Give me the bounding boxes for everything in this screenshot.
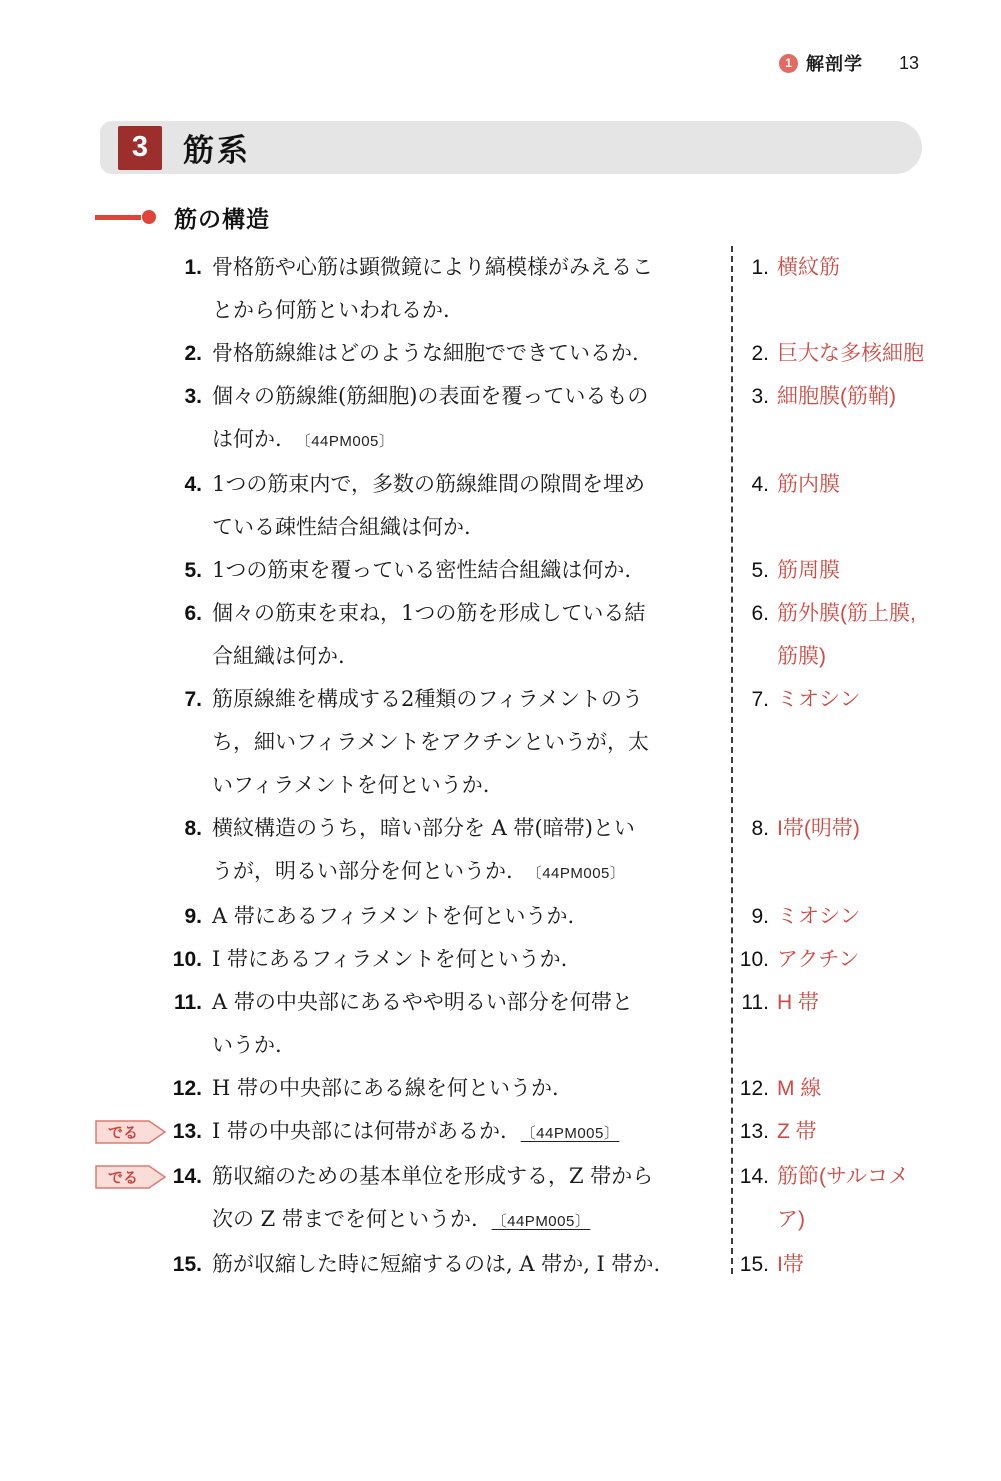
heading-rule-icon [95, 215, 141, 220]
question-number: 4. [0, 463, 202, 506]
answer-text: 筋内膜 [777, 463, 1001, 506]
question-number: 10. [0, 938, 202, 981]
question-body: I 帯の中央部には何帯があるか.〔44PM005〕 [212, 1110, 729, 1155]
answer-text: I帯(明帯) [777, 807, 1001, 850]
qa-row: 15. 筋が収縮した時に短縮するのは, A 帯か, I 帯か. 15. I帯 [0, 1243, 1001, 1286]
exam-code: 〔44PM005〕 [296, 433, 395, 450]
exam-code: 〔44PM005〕 [527, 865, 626, 882]
qa-row: 6. 個々の筋束を束ね，1つの筋を形成している結 合組織は何か. 6. 筋外膜(… [0, 592, 1001, 678]
answer-text: H 帯 [777, 981, 1001, 1024]
qa-row: 9. A 帯にあるフィラメントを何というか. 9. ミオシン [0, 895, 1001, 938]
deru-badge: でる [94, 1163, 168, 1191]
question-body: A 帯の中央部にあるやや明るい部分を何帯と いうか. [212, 981, 729, 1067]
question-text: A 帯にあるフィラメントを何というか. [212, 904, 574, 928]
subsection-heading: 筋の構造 [95, 203, 270, 231]
answer-number: 10. [737, 938, 769, 981]
answer-number: 3. [737, 375, 769, 418]
answer-text: ミオシン [777, 678, 1001, 721]
question-number: 15. [0, 1243, 202, 1286]
qa-row: 5. 1つの筋束を覆っている密性結合組織は何か. 5. 筋周膜 [0, 549, 1001, 592]
answer-text: Z 帯 [777, 1110, 1001, 1153]
question-body: 骨格筋や心筋は顕微鏡により縞模様がみえるこ とから何筋といわれるか. [212, 246, 729, 332]
question-body: 個々の筋線維(筋細胞)の表面を覆っているもの は何か.〔44PM005〕 [212, 375, 729, 463]
question-number: 9. [0, 895, 202, 938]
qa-row: 2. 骨格筋線維はどのような細胞でできているか. 2. 巨大な多核細胞 [0, 332, 1001, 375]
question-body: 個々の筋束を束ね，1つの筋を形成している結 合組織は何か. [212, 592, 729, 678]
answer-number: 1. [737, 246, 769, 289]
question-text: 筋原線維を構成する2種類のフィラメントのう ち，細いフィラメントをアクチンという… [212, 687, 649, 797]
answer-number: 4. [737, 463, 769, 506]
deru-badge-label: でる [108, 1170, 138, 1187]
subsection-title: 筋の構造 [174, 201, 270, 234]
question-text: I 帯の中央部には何帯があるか. [212, 1119, 507, 1143]
qa-row: 4. 1つの筋束内で，多数の筋線維間の隙間を埋め ている疎性結合組織は何か. 4… [0, 463, 1001, 549]
question-text: 個々の筋線維(筋細胞)の表面を覆っているもの は何か. [212, 384, 648, 451]
page-number: 13 [899, 53, 919, 74]
section-title: 筋系 [183, 125, 251, 170]
question-body: 筋が収縮した時に短縮するのは, A 帯か, I 帯か. [212, 1243, 729, 1286]
answer-text: 横紋筋 [777, 246, 1001, 289]
qa-row: 3. 個々の筋線維(筋細胞)の表面を覆っているもの は何か.〔44PM005〕 … [0, 375, 1001, 463]
qa-row: でる 14. 筋収縮のための基本単位を形成する，Z 帯から 次の Z 帯までを何… [0, 1155, 1001, 1243]
question-body: 骨格筋線維はどのような細胞でできているか. [212, 332, 729, 375]
question-text: H 帯の中央部にある線を何というか. [212, 1076, 559, 1100]
qa-row: 8. 横紋構造のうち，暗い部分を A 帯(暗帯)とい うが，明るい部分を何という… [0, 807, 1001, 895]
question-body: 筋収縮のための基本単位を形成する，Z 帯から 次の Z 帯までを何というか.〔4… [212, 1155, 729, 1243]
question-text: A 帯の中央部にあるやや明るい部分を何帯と いうか. [212, 990, 633, 1057]
question-text: 1つの筋束内で，多数の筋線維間の隙間を埋め ている疎性結合組織は何か. [212, 472, 645, 539]
answer-text: 筋周膜 [777, 549, 1001, 592]
answer-number: 8. [737, 807, 769, 850]
exam-code: 〔44PM005〕 [521, 1125, 620, 1142]
question-text: 筋が収縮した時に短縮するのは, A 帯か, I 帯か. [212, 1252, 660, 1276]
answer-text: M 線 [777, 1067, 1001, 1110]
question-number: 3. [0, 375, 202, 418]
question-body: A 帯にあるフィラメントを何というか. [212, 895, 729, 938]
question-number: 2. [0, 332, 202, 375]
question-number: 7. [0, 678, 202, 721]
subject-title: 解剖学 [806, 50, 863, 76]
page-header: 1 解剖学 13 [0, 50, 1001, 76]
heading-bullet-icon [142, 210, 156, 224]
question-body: 1つの筋束内で，多数の筋線維間の隙間を埋め ている疎性結合組織は何か. [212, 463, 729, 549]
question-text: 1つの筋束を覆っている密性結合組織は何か. [212, 558, 631, 582]
question-number: 5. [0, 549, 202, 592]
question-body: 横紋構造のうち，暗い部分を A 帯(暗帯)とい うが，明るい部分を何というか.〔… [212, 807, 729, 895]
deru-badge-label: でる [108, 1125, 138, 1142]
answer-number: 7. [737, 678, 769, 721]
exam-code: 〔44PM005〕 [492, 1213, 591, 1230]
question-body: H 帯の中央部にある線を何というか. [212, 1067, 729, 1110]
question-number: 6. [0, 592, 202, 635]
answer-number: 11. [737, 981, 769, 1024]
qa-row: 10. I 帯にあるフィラメントを何というか. 10. アクチン [0, 938, 1001, 981]
question-body: 筋原線維を構成する2種類のフィラメントのう ち，細いフィラメントをアクチンという… [212, 678, 729, 807]
answer-number: 14. [737, 1155, 769, 1198]
question-body: 1つの筋束を覆っている密性結合組織は何か. [212, 549, 729, 592]
subject-group: 1 解剖学 [779, 50, 863, 76]
answer-text: 筋節(サルコメ ア) [777, 1155, 1001, 1241]
deru-badge: でる [94, 1118, 168, 1146]
question-number: 8. [0, 807, 202, 850]
qa-row: 7. 筋原線維を構成する2種類のフィラメントのう ち，細いフィラメントをアクチン… [0, 678, 1001, 807]
qa-row: 11. A 帯の中央部にあるやや明るい部分を何帯と いうか. 11. H 帯 [0, 981, 1001, 1067]
answer-text: 細胞膜(筋鞘) [777, 375, 1001, 418]
answer-text: アクチン [777, 938, 1001, 981]
answer-text: ミオシン [777, 895, 1001, 938]
textbook-page: 1 解剖学 13 3 筋系 筋の構造 1. 骨格筋や心筋は顕微鏡により縞模様がみ… [0, 0, 1001, 1481]
question-body: I 帯にあるフィラメントを何というか. [212, 938, 729, 981]
section-number-square: 3 [118, 126, 162, 170]
question-text: 個々の筋束を束ね，1つの筋を形成している結 合組織は何か. [212, 601, 645, 668]
chapter-number-circle-icon: 1 [779, 54, 798, 73]
answer-text: 巨大な多核細胞 [777, 332, 1001, 375]
question-number: 1. [0, 246, 202, 289]
answer-number: 9. [737, 895, 769, 938]
question-text: 骨格筋や心筋は顕微鏡により縞模様がみえるこ とから何筋といわれるか. [212, 255, 653, 322]
answer-number: 15. [737, 1243, 769, 1286]
answer-text: I帯 [777, 1243, 1001, 1286]
answer-number: 12. [737, 1067, 769, 1110]
qa-row: でる 13. I 帯の中央部には何帯があるか.〔44PM005〕 13. Z 帯 [0, 1110, 1001, 1155]
answer-number: 6. [737, 592, 769, 635]
question-text: 骨格筋線維はどのような細胞でできているか. [212, 341, 639, 365]
answer-number: 13. [737, 1110, 769, 1153]
question-number: 11. [0, 981, 202, 1024]
answer-text: 筋外膜(筋上膜, 筋膜) [777, 592, 1001, 678]
question-number: 12. [0, 1067, 202, 1110]
answer-number: 5. [737, 549, 769, 592]
answer-number: 2. [737, 332, 769, 375]
question-text: I 帯にあるフィラメントを何というか. [212, 947, 567, 971]
qa-list: 1. 骨格筋や心筋は顕微鏡により縞模様がみえるこ とから何筋といわれるか. 1.… [0, 246, 1001, 1286]
qa-row: 1. 骨格筋や心筋は顕微鏡により縞模様がみえるこ とから何筋といわれるか. 1.… [0, 246, 1001, 332]
qa-row: 12. H 帯の中央部にある線を何というか. 12. M 線 [0, 1067, 1001, 1110]
section-header-bar: 3 筋系 [100, 121, 922, 174]
